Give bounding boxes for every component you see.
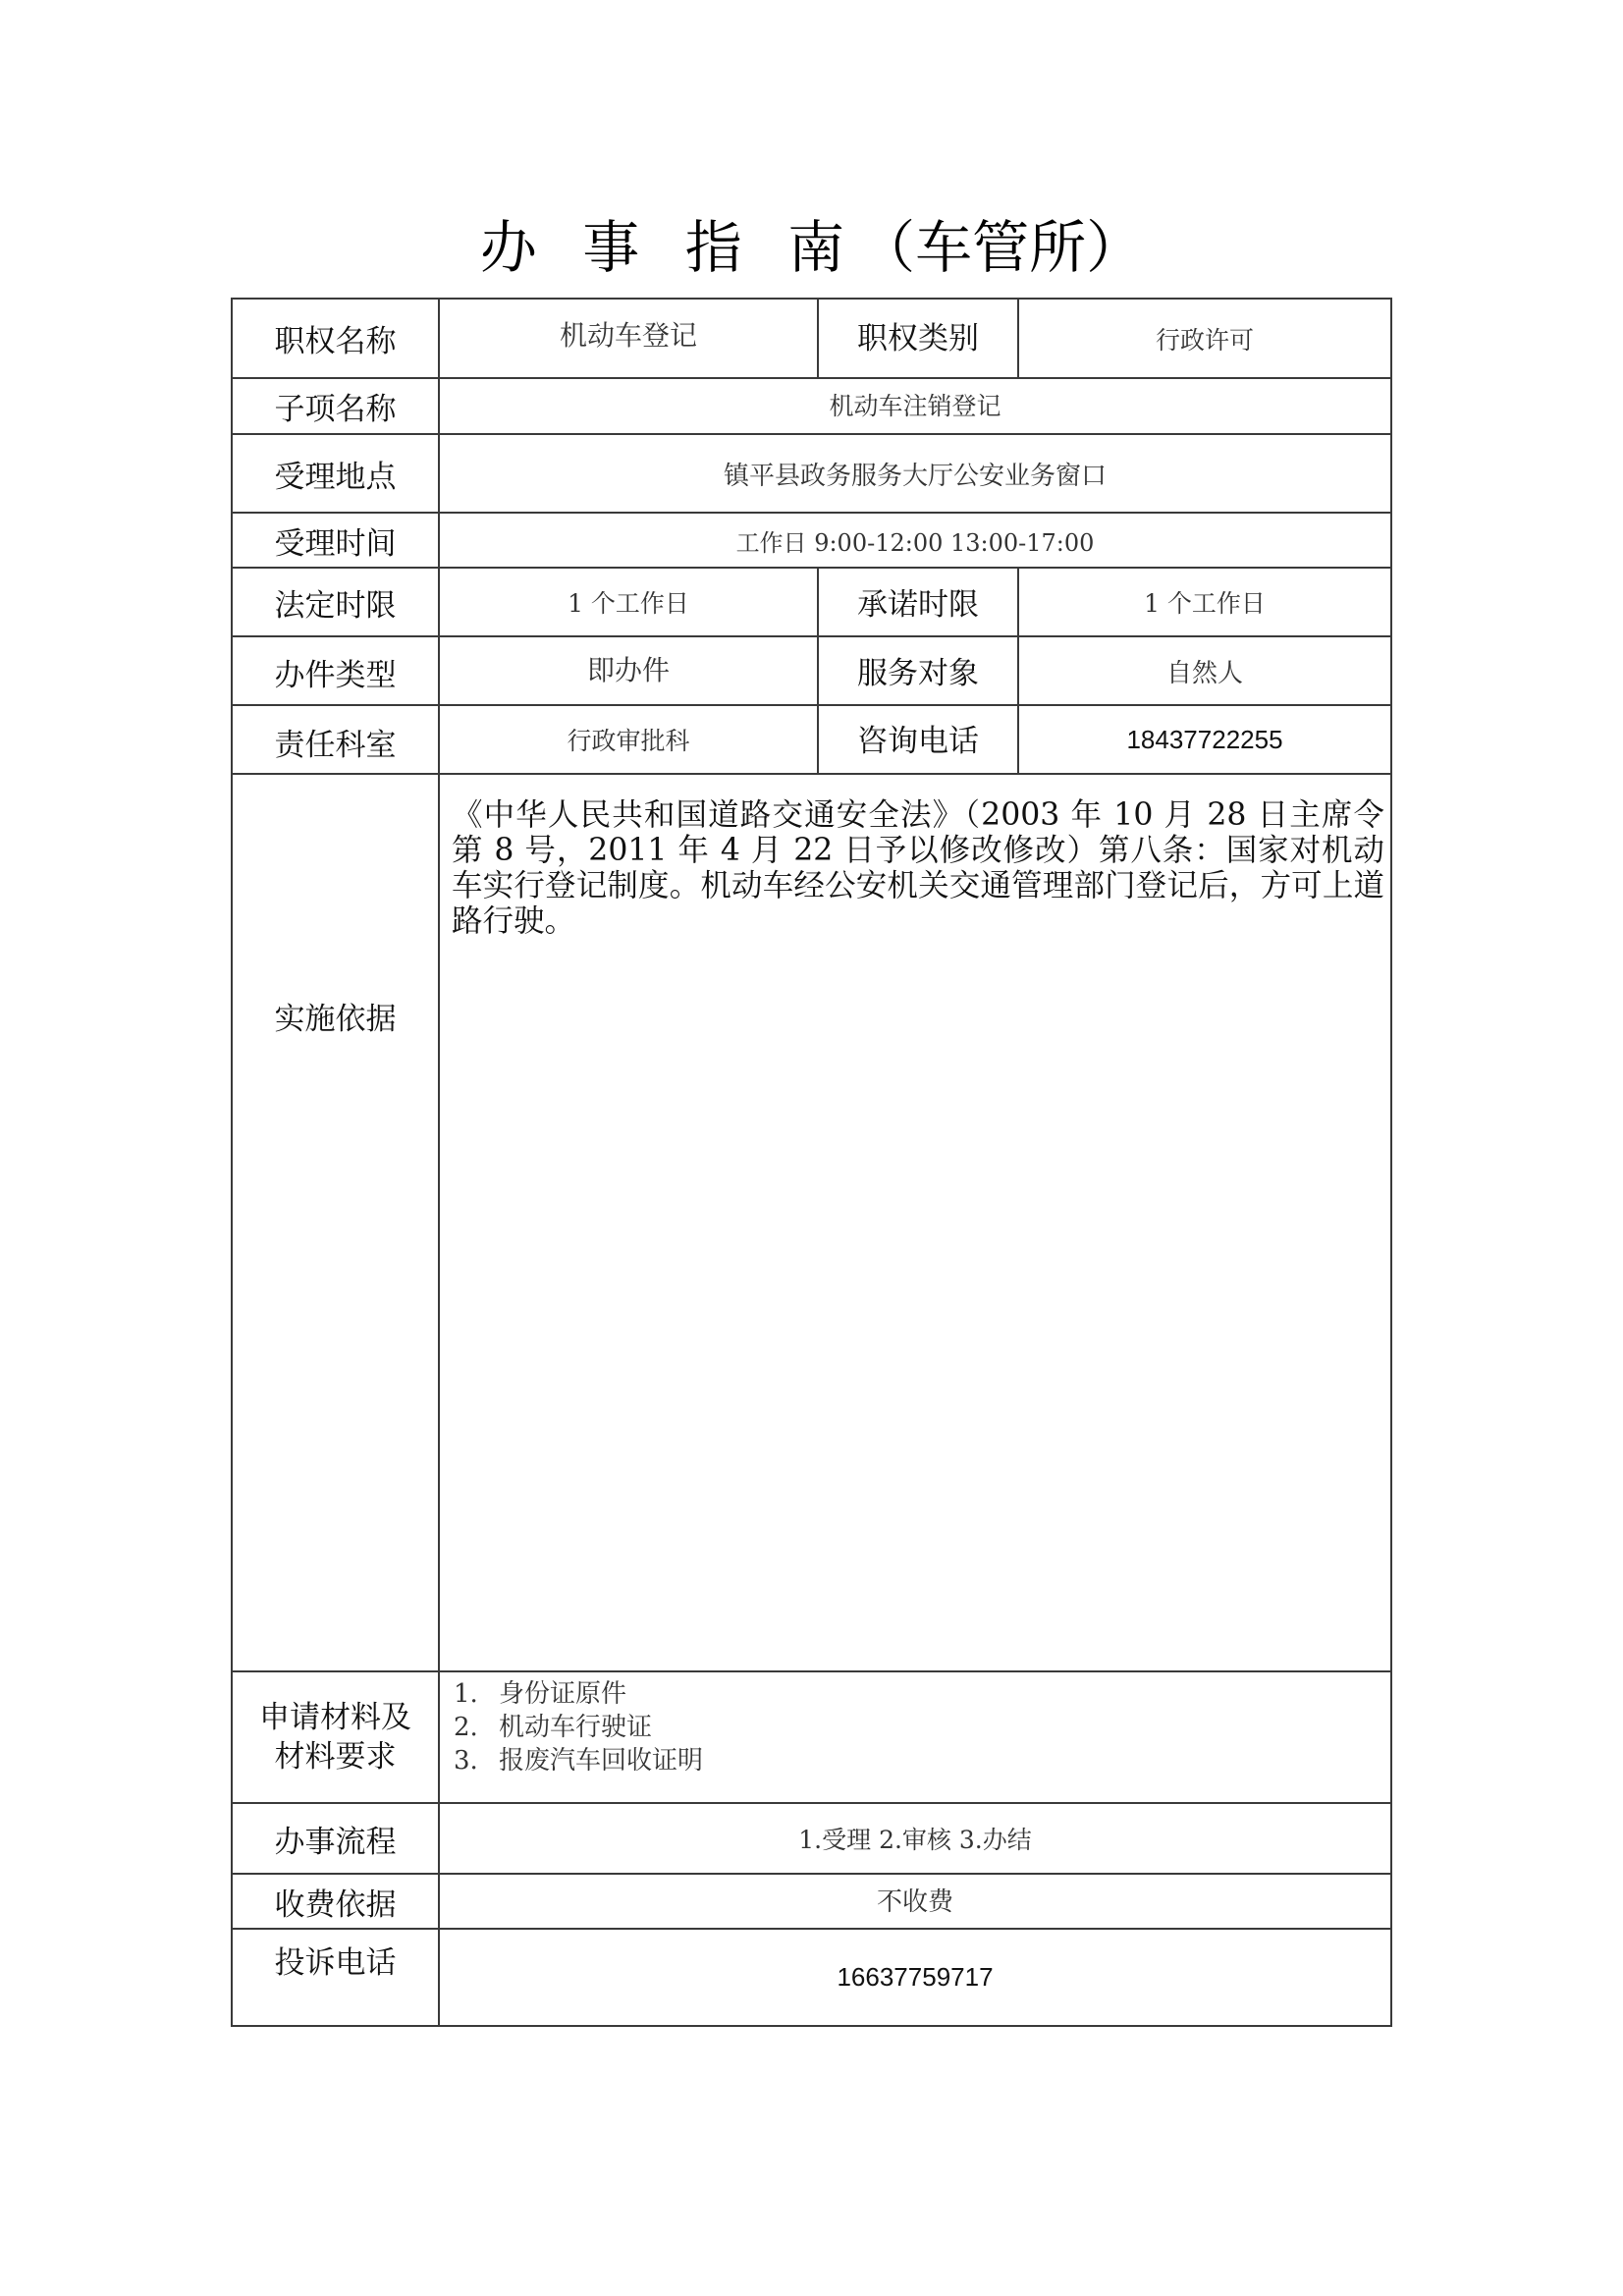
label-legal-limit: 法定时限 bbox=[233, 569, 438, 635]
label-materials-line1: 申请材料及 bbox=[259, 1698, 411, 1737]
label-materials-line2: 材料要求 bbox=[275, 1737, 397, 1777]
item-number: 1. bbox=[454, 1677, 499, 1711]
value-consult-phone: 18437722255 bbox=[1019, 706, 1390, 773]
label-authority-type: 职权类别 bbox=[819, 300, 1017, 370]
label-case-type: 办件类型 bbox=[233, 637, 438, 706]
label-fee: 收费依据 bbox=[233, 1875, 438, 1928]
item-text: 身份证原件 bbox=[499, 1677, 626, 1711]
value-legal-limit: 1 个工作日 bbox=[440, 569, 817, 635]
value-authority-name: 机动车登记 bbox=[440, 300, 817, 368]
value-case-type: 即办件 bbox=[440, 637, 817, 700]
label-complaint-phone: 投诉电话 bbox=[233, 1930, 438, 1989]
item-number: 3. bbox=[454, 1744, 499, 1777]
item-text: 机动车行驶证 bbox=[499, 1711, 652, 1744]
value-process: 1.受理 2.审核 3.办结 bbox=[440, 1804, 1390, 1873]
value-hours: 工作日 9:00-12:00 13:00-17:00 bbox=[440, 514, 1390, 567]
value-location: 镇平县政务服务大厅公安业务窗口 bbox=[440, 435, 1390, 512]
list-item: 3.报废汽车回收证明 bbox=[454, 1744, 1367, 1777]
value-complaint-phone: 16637759717 bbox=[440, 1930, 1390, 2025]
label-sub-item: 子项名称 bbox=[233, 379, 438, 433]
value-authority-type: 行政许可 bbox=[1019, 300, 1390, 377]
value-sub-item: 机动车注销登记 bbox=[440, 379, 1390, 430]
title-sub: （车管所） bbox=[858, 214, 1143, 281]
value-promised-limit: 1 个工作日 bbox=[1019, 569, 1390, 635]
label-consult-phone: 咨询电话 bbox=[819, 706, 1017, 769]
label-hours: 受理时间 bbox=[233, 514, 438, 567]
page-title: 办 事 指 南（车管所） bbox=[0, 201, 1623, 284]
label-promised-limit: 承诺时限 bbox=[819, 569, 1017, 633]
label-service-target: 服务对象 bbox=[819, 637, 1017, 702]
item-text: 报废汽车回收证明 bbox=[499, 1744, 703, 1777]
list-item: 1.身份证原件 bbox=[454, 1677, 1367, 1711]
value-service-target: 自然人 bbox=[1019, 637, 1390, 704]
label-department: 责任科室 bbox=[233, 706, 438, 777]
value-department: 行政审批科 bbox=[440, 706, 817, 773]
list-item: 2.机动车行驶证 bbox=[454, 1711, 1367, 1744]
item-number: 2. bbox=[454, 1711, 499, 1744]
materials-list: 1.身份证原件 2.机动车行驶证 3.报废汽车回收证明 bbox=[454, 1677, 1367, 1777]
value-fee: 不收费 bbox=[440, 1875, 1390, 1924]
label-legal-basis: 实施依据 bbox=[233, 775, 438, 1256]
label-authority-name: 职权名称 bbox=[233, 300, 438, 377]
value-legal-basis: 《中华人民共和国道路交通安全法》（2003 年 10 月 28 日主席令第 8 … bbox=[452, 797, 1384, 939]
label-location: 受理地点 bbox=[233, 435, 438, 512]
label-process: 办事流程 bbox=[233, 1804, 438, 1873]
table-border-right bbox=[1390, 298, 1392, 2027]
label-materials: 申请材料及 材料要求 bbox=[233, 1672, 438, 1802]
table-border-bottom bbox=[231, 2025, 1392, 2027]
title-main: 办 事 指 南 bbox=[480, 214, 858, 281]
